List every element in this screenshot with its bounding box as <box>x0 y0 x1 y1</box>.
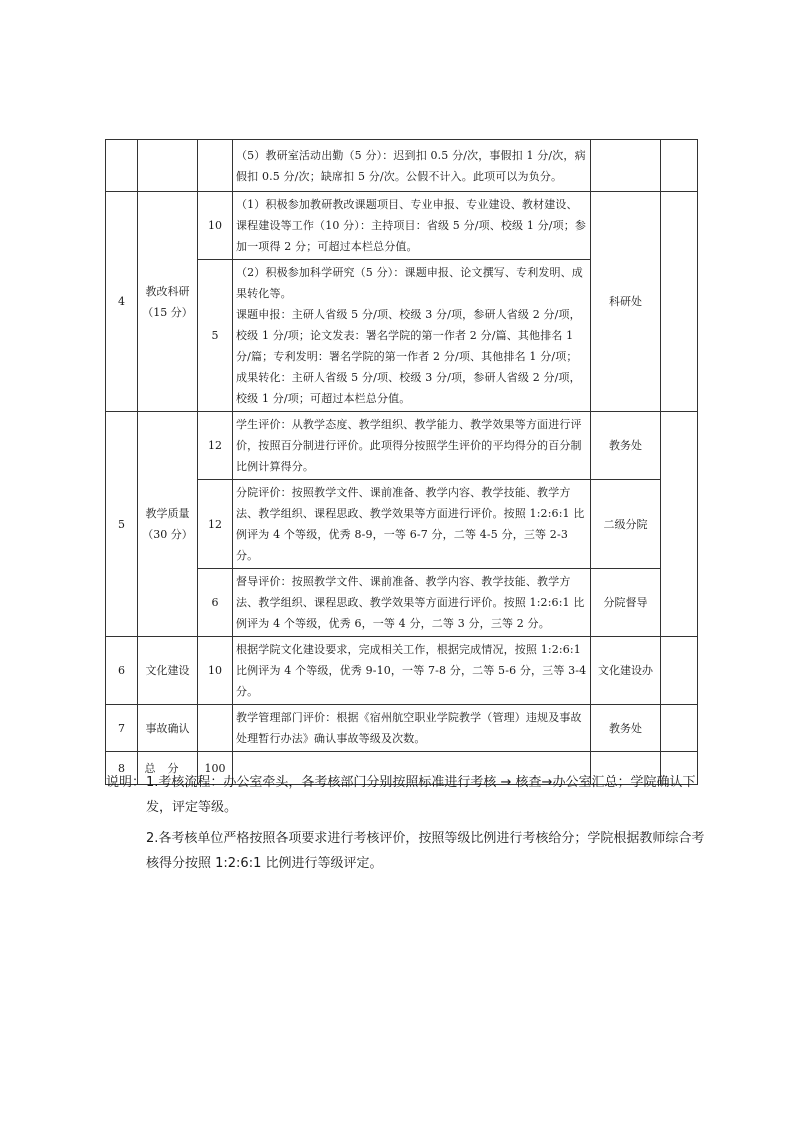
blank-cell <box>661 412 698 637</box>
item-cell: 事故确认 <box>138 705 198 752</box>
note-item: 1.考核流程：办公室牵头，各考核部门分别按照标准进行考核 → 核查→办公室汇总；… <box>146 770 706 820</box>
note-item: 2.各考核单位严格按照各项要求进行考核评价，按照等级比例进行考核给分；学院根据教… <box>146 826 706 876</box>
item-cell <box>138 140 198 192</box>
blank-cell <box>661 192 698 412</box>
row-number-cell: 6 <box>106 637 138 705</box>
criteria-cell: （2）积极参加科学研究（5 分）：课题申报、论文撰写、专利发明、成果转化等。 课… <box>233 260 591 412</box>
table-row: 7 事故确认 教学管理部门评价：根据《宿州航空职业学院教学（管理）违规及事故处理… <box>106 705 698 752</box>
item-name: 教改科研 <box>138 281 197 302</box>
score-cell: 6 <box>198 569 233 637</box>
department-cell: 科研处 <box>591 192 661 412</box>
score-cell: 12 <box>198 412 233 480</box>
department-cell: 教务处 <box>591 705 661 752</box>
row-number-cell: 4 <box>106 192 138 412</box>
document-page: （5）教研室活动出勤（5 分）：迟到扣 0.5 分/次，事假扣 1 分/次，病假… <box>0 0 793 1122</box>
row-number-cell <box>106 140 138 192</box>
criteria-cell: 督导评价：按照教学文件、课前准备、教学内容、教学技能、教学方法、教学组织、课程思… <box>233 569 591 637</box>
item-total-score: （15 分） <box>138 302 197 323</box>
score-cell: 10 <box>198 637 233 705</box>
table-row: （5）教研室活动出勤（5 分）：迟到扣 0.5 分/次，事假扣 1 分/次，病假… <box>106 140 698 192</box>
criteria-cell: （1）积极参加教研教改课题项目、专业申报、专业建设、教材建设、课程建设等工作（1… <box>233 192 591 260</box>
criteria-cell: 教学管理部门评价：根据《宿州航空职业学院教学（管理）违规及事故处理暂行办法》确认… <box>233 705 591 752</box>
table-row: 6 文化建设 10 根据学院文化建设要求，完成相关工作，根据完成情况，按照 1:… <box>106 637 698 705</box>
item-cell: 文化建设 <box>138 637 198 705</box>
item-cell: 教改科研 （15 分） <box>138 192 198 412</box>
department-cell: 文化建设办 <box>591 637 661 705</box>
score-cell: 12 <box>198 480 233 569</box>
table-row: 5 教学质量 （30 分） 12 学生评价：从教学态度、教学组织、教学能力、教学… <box>106 412 698 480</box>
department-cell <box>591 140 661 192</box>
notes-label: 说明： <box>106 770 146 882</box>
department-cell: 二级分院 <box>591 480 661 569</box>
score-cell: 5 <box>198 260 233 412</box>
score-cell <box>198 140 233 192</box>
row-number-cell: 7 <box>106 705 138 752</box>
criteria-cell: 根据学院文化建设要求，完成相关工作，根据完成情况，按照 1:2:6:1 比例评为… <box>233 637 591 705</box>
item-name: 教学质量 <box>138 503 197 524</box>
item-total-score: （30 分） <box>138 524 197 545</box>
assessment-table: （5）教研室活动出勤（5 分）：迟到扣 0.5 分/次，事假扣 1 分/次，病假… <box>105 139 698 785</box>
row-number-cell: 5 <box>106 412 138 637</box>
score-cell <box>198 705 233 752</box>
criteria-cell: （5）教研室活动出勤（5 分）：迟到扣 0.5 分/次，事假扣 1 分/次，病假… <box>233 140 591 192</box>
criteria-line: （2）积极参加科学研究（5 分）：课题申报、论文撰写、专利发明、成果转化等。 <box>236 262 588 304</box>
score-cell: 10 <box>198 192 233 260</box>
blank-cell <box>661 637 698 705</box>
criteria-cell: 分院评价：按照教学文件、课前准备、教学内容、教学技能、教学方法、教学组织、课程思… <box>233 480 591 569</box>
blank-cell <box>661 140 698 192</box>
criteria-line: 课题申报：主研人省级 5 分/项、校级 3 分/项，参研人省级 2 分/项，校级… <box>236 304 588 409</box>
blank-cell <box>661 705 698 752</box>
department-cell: 教务处 <box>591 412 661 480</box>
department-cell: 分院督导 <box>591 569 661 637</box>
notes-section: 说明： 1.考核流程：办公室牵头，各考核部门分别按照标准进行考核 → 核查→办公… <box>106 770 706 882</box>
table-row: 4 教改科研 （15 分） 10 （1）积极参加教研教改课题项目、专业申报、专业… <box>106 192 698 260</box>
criteria-cell: 学生评价：从教学态度、教学组织、教学能力、教学效果等方面进行评价，按照百分制进行… <box>233 412 591 480</box>
item-cell: 教学质量 （30 分） <box>138 412 198 637</box>
